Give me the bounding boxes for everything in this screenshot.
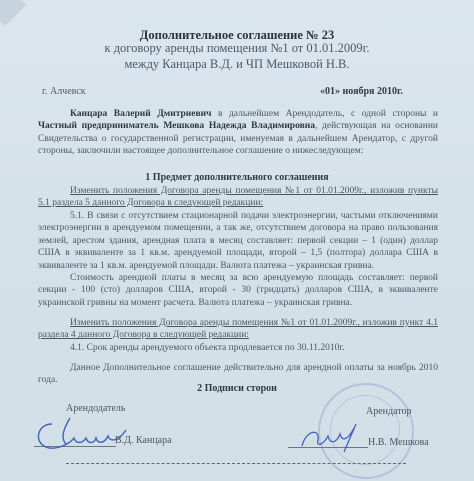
landlord-label: Арендодатель (66, 403, 125, 414)
section-2-title: 2 Подписи сторон (0, 383, 474, 394)
city: г. Алчевск (42, 86, 86, 97)
tenant-label: Арендатор (366, 406, 412, 417)
tenant-name: Н.В. Мешкова (368, 437, 429, 448)
clause-4-1: 4.1. Срок аренды арендуемого объекта про… (38, 342, 438, 354)
document-subtitle-parties: между Канцара В.Д. и ЧП Мешковой Н.В. (0, 57, 474, 72)
document-page: Дополнительное соглашение № 23 к договор… (0, 0, 474, 481)
party1-text: в дальнейшем Арендодатель, с одной сторо… (211, 109, 438, 119)
tenant-signature-icon (296, 422, 376, 454)
party2-name: Частный предприниматель Мешкова Надежда … (38, 121, 315, 131)
section-1-title: 1 Предмет дополнительного соглашения (0, 172, 474, 183)
cost-paragraph: Стоимость арендной платы в месяц за всю … (38, 272, 438, 309)
change-1-paragraph: Изменить положения Договора аренды помещ… (38, 185, 438, 210)
document-subtitle-contract: к договору аренды помещения №1 от 01.01.… (0, 41, 474, 56)
landlord-signature-icon (30, 414, 140, 454)
clause-5-1: 5.1. В связи с отсутствием стационарной … (38, 210, 438, 272)
folded-corner (0, 0, 26, 26)
intro-paragraph: Канцара Валерий Дмитриевич в дальнейшем … (38, 108, 438, 158)
landlord-name: В.Д. Канцара (115, 435, 172, 446)
dashed-divider (66, 463, 406, 464)
party1-name: Канцара Валерий Дмитриевич (70, 109, 211, 119)
change-2-paragraph: Изменить положения Договора аренды помещ… (38, 317, 438, 342)
document-date: «01» ноября 2010г. (320, 86, 403, 97)
